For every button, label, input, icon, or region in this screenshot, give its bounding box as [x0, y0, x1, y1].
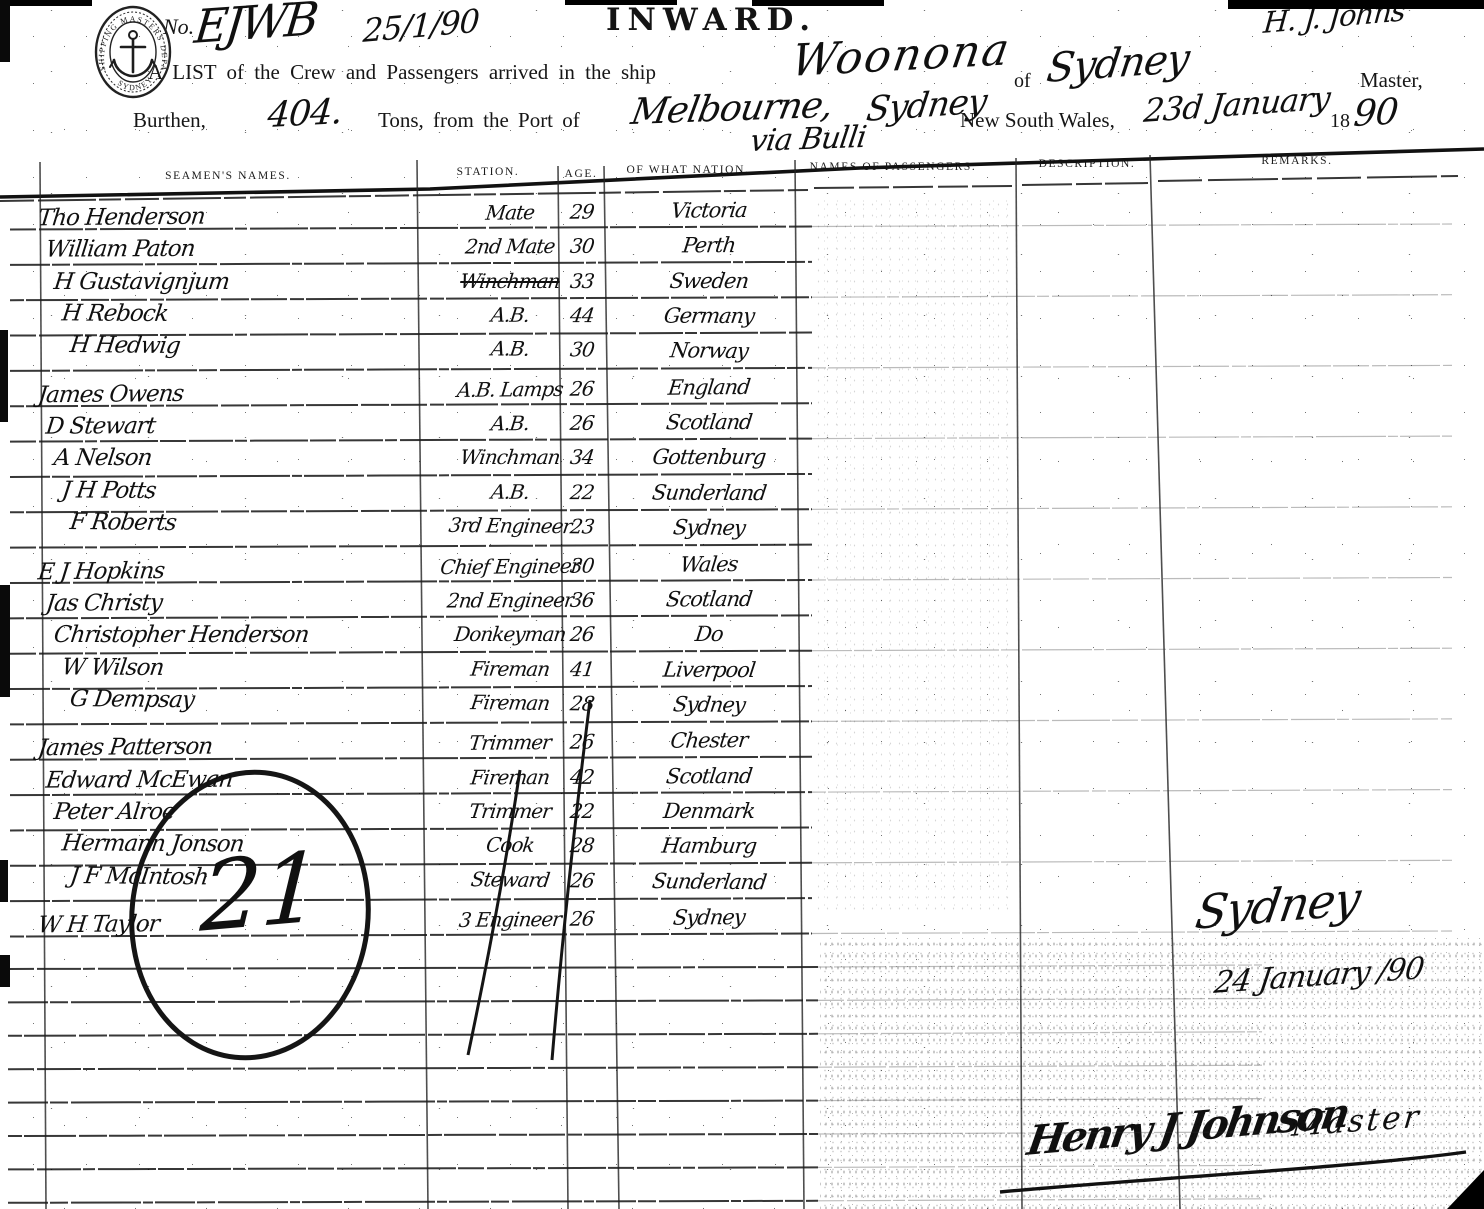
table-row: Peter Alroe Trimmer 22 Denmark — [0, 799, 1484, 835]
table-row: D Stewart A.B. 26 Scotland — [0, 406, 1484, 450]
table-row: A Nelson Winchman 34 Gottenburg — [0, 445, 1484, 481]
nation-value: Norway — [612, 338, 805, 364]
nation-value: Do — [613, 622, 806, 646]
seaman-name: Tho Henderson — [37, 204, 207, 232]
seaman-name: Peter Alroe — [52, 799, 176, 825]
age-value: 28 — [554, 691, 609, 716]
scan-artifact — [0, 0, 10, 62]
nation-value: England — [613, 374, 806, 400]
seaman-name: G Dempsay — [68, 686, 195, 713]
age-value: 30 — [555, 553, 610, 578]
age-value: 26 — [555, 730, 610, 755]
table-row: Edward McEwan Fireman 42 Scotland — [0, 760, 1484, 804]
seaman-name: E J Hopkins — [37, 558, 166, 585]
nation-value: Scotland — [613, 763, 806, 788]
age-value: 30 — [554, 337, 609, 362]
age-value: 26 — [555, 411, 610, 435]
seaman-name: William Paton — [44, 236, 196, 263]
age-value: 26 — [555, 906, 610, 931]
crew-table-body: Tho Henderson Mate 29 Victoria William P… — [0, 0, 1484, 1209]
nation-value: Sydney — [612, 692, 805, 718]
age-value: 22 — [555, 799, 610, 823]
crew-tally-mark: 21 — [198, 831, 324, 954]
seaman-name: James Patterson — [37, 734, 214, 762]
age-value: 23 — [554, 514, 609, 539]
age-value: 44 — [554, 303, 609, 327]
seaman-name: H Gustavignjum — [52, 269, 230, 295]
nation-value: Gottenburg — [613, 445, 806, 469]
age-value: 29 — [555, 199, 610, 224]
table-row: Jas Christy 2nd Engineer 36 Scotland — [0, 583, 1484, 627]
nation-value: Germany — [612, 303, 805, 328]
seaman-name: W H Taylor — [37, 911, 161, 938]
nation-value: Scotland — [613, 410, 806, 435]
nation-value: Sydney — [612, 515, 805, 541]
age-value: 36 — [555, 588, 610, 612]
age-value: 26 — [555, 622, 610, 646]
seaman-name: W Wilson — [60, 654, 165, 681]
scan-artifact — [0, 585, 10, 697]
nation-value: Perth — [613, 233, 806, 258]
seaman-name: Jas Christy — [44, 590, 163, 617]
nation-value: Wales — [613, 551, 806, 577]
nation-value: Sunderland — [612, 868, 805, 894]
age-value: 33 — [555, 269, 610, 293]
seaman-name: James Owens — [37, 381, 185, 409]
seaman-name: Christopher Henderson — [52, 622, 310, 648]
nation-value: Liverpool — [612, 657, 805, 682]
nation-value: Sweden — [613, 269, 806, 293]
age-value: 26 — [555, 376, 610, 401]
seaman-name: D Stewart — [44, 413, 156, 440]
age-value: 22 — [554, 480, 609, 504]
seaman-name: A Nelson — [52, 445, 153, 471]
table-row: Christopher Henderson Donkeyman 26 Do — [0, 622, 1484, 658]
nation-value: Hamburg — [612, 834, 805, 859]
nation-value: Sydney — [613, 904, 806, 930]
scan-artifact — [0, 330, 8, 422]
seaman-name: Edward McEwan — [44, 766, 233, 793]
seaman-name: J H Potts — [60, 477, 157, 503]
nation-value: Victoria — [613, 197, 806, 223]
age-value: 28 — [554, 833, 609, 857]
scan-artifact — [0, 955, 10, 987]
seaman-name: J F McIntosh — [68, 863, 209, 890]
seaman-name: H Rebock — [60, 300, 169, 327]
nation-value: Scotland — [613, 587, 806, 612]
age-value: 26 — [554, 868, 609, 893]
seaman-name: F Roberts — [68, 509, 177, 536]
age-value: 30 — [555, 234, 610, 258]
nation-value: Chester — [613, 728, 806, 754]
nation-value: Denmark — [613, 799, 806, 823]
table-row: H Gustavignjum Winchman 33 Sweden — [0, 269, 1484, 305]
age-value: 42 — [555, 764, 610, 788]
table-row: William Paton 2nd Mate 30 Perth — [0, 229, 1484, 273]
nation-value: Sunderland — [612, 480, 805, 505]
crew-list-document: SHIPPING MASTERS DEPARTMENT SYDNEY — [0, 0, 1484, 1209]
seaman-name: H Hedwig — [68, 332, 181, 359]
age-value: 41 — [554, 657, 609, 681]
scan-artifact — [0, 860, 8, 902]
age-value: 34 — [555, 445, 610, 469]
